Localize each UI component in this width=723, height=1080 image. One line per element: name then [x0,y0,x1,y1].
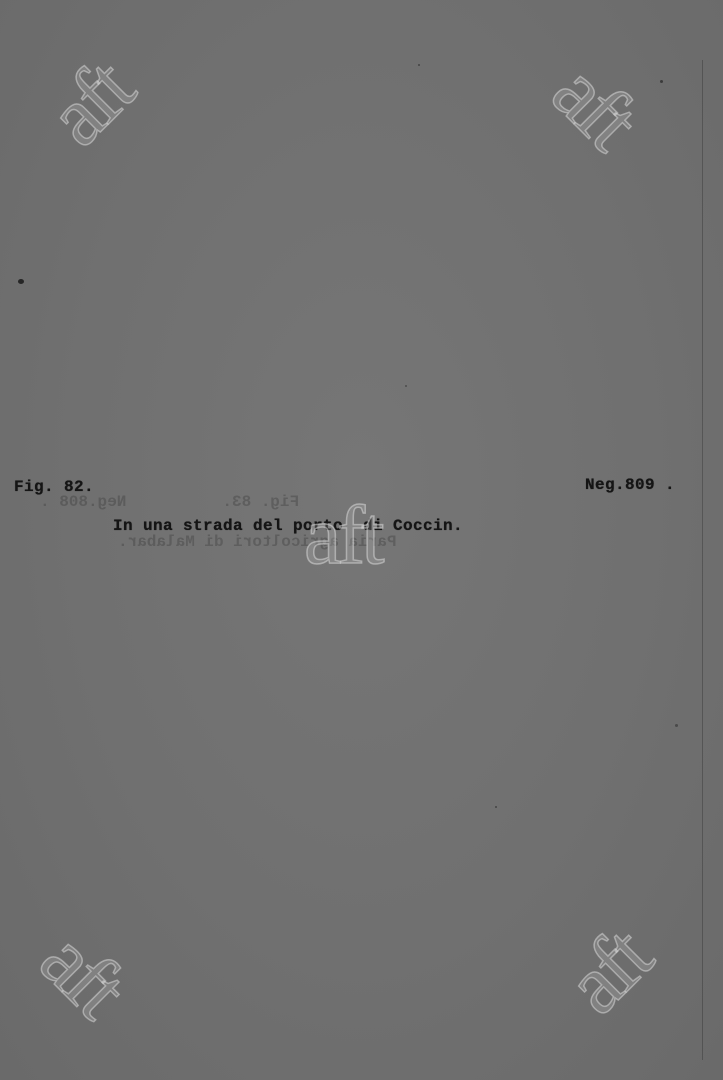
watermark-bottom-right: aft [552,915,666,1029]
watermark-top-right: aft [538,49,652,163]
dust-speck [405,385,407,387]
dust-speck [660,80,663,83]
watermark-center: aft [304,494,381,578]
watermark-top-left: aft [34,47,148,161]
dust-speck [675,724,678,727]
photo-caption: In una strada del porto di Coccin. [113,517,463,535]
dust-speck [18,279,24,284]
watermark-bottom-left: aft [26,917,140,1031]
dust-speck [495,806,497,808]
figure-label: Fig. 82. [14,478,94,496]
dust-speck [418,64,420,66]
archival-photo-card: Fig. 83. Neg.808 . Paria agricoltori di … [0,0,723,1080]
plate-edge-line [702,60,703,1060]
negative-label: Neg.809 . [585,476,675,494]
